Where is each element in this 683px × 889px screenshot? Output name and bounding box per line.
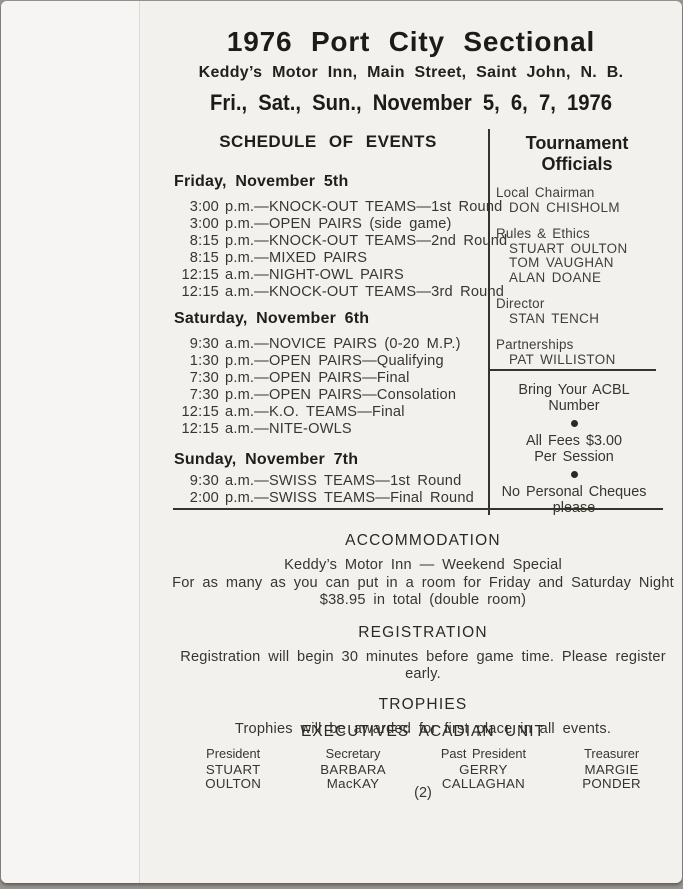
section-line: $38.95 in total (double room) <box>169 592 677 610</box>
schedule-day-saturday: Saturday, November 6th 9:30a.m.—NOVICE P… <box>172 309 484 438</box>
event-detail: a.m.—SWISS TEAMS—1st Round <box>225 473 461 490</box>
event-detail: p.m.—OPEN PAIRS—Final <box>225 370 410 387</box>
official-role: Partnerships <box>496 338 658 353</box>
schedule-event: 3:00p.m.—KNOCK-OUT TEAMS—1st Round <box>172 199 484 216</box>
page-fold-line <box>1 1 140 883</box>
official-role: Local Chairman <box>496 186 658 201</box>
executive-role: Treasurer <box>552 747 671 761</box>
page-title: 1976 Port City Sectional <box>140 27 682 57</box>
executive-role: President <box>175 747 291 761</box>
notice-line: Bring Your ACBL <box>490 382 658 398</box>
event-time: 7:30 <box>172 370 219 387</box>
notice-line: All Fees $3.00 <box>490 433 658 449</box>
schedule-event: 8:15p.m.—KNOCK-OUT TEAMS—2nd Round <box>172 233 484 250</box>
officials-bottom-rule <box>490 369 656 371</box>
dates-line: Fri., Sat., Sun., November 5, 6, 7, 1976 <box>162 90 661 116</box>
section-heading: ACCOMMODATION <box>169 532 677 550</box>
schedule-of-events-section: SCHEDULE OF EVENTS Friday, November 5th … <box>172 132 484 507</box>
notice-line: No Personal Cheques <box>490 484 658 500</box>
schedule-event: 3:00p.m.—OPEN PAIRS (side game) <box>172 216 484 233</box>
bullet-dot-icon <box>571 420 578 427</box>
official-name: STUART OULTON <box>509 242 658 257</box>
section-heading: REGISTRATION <box>169 624 677 642</box>
notices-section: Bring Your ACBL Number All Fees $3.00 Pe… <box>490 382 658 516</box>
day-heading: Friday, November 5th <box>174 172 484 191</box>
official-name: ALAN DOANE <box>509 271 658 286</box>
event-detail: a.m.—KNOCK-OUT TEAMS—3rd Round <box>225 284 504 301</box>
official-role: Director <box>496 297 658 312</box>
schedule-event: 2:00p.m.—SWISS TEAMS—Final Round <box>172 490 484 507</box>
official-group-partnerships: Partnerships PAT WILLISTON <box>496 338 658 367</box>
executives-section: EXECUTIVES ACADIAN UNIT President STUART… <box>169 713 677 791</box>
schedule-bottom-rule <box>173 508 663 510</box>
event-detail: a.m.—NOVICE PAIRS (0-20 M.P.) <box>225 336 461 353</box>
schedule-event: 7:30p.m.—OPEN PAIRS—Final <box>172 370 484 387</box>
executive-role: Secretary <box>291 747 414 761</box>
executive-role: Past President <box>415 747 552 761</box>
executives-heading: EXECUTIVES ACADIAN UNIT <box>169 723 677 741</box>
notice-line: Number <box>490 398 658 414</box>
official-name: TOM VAUGHAN <box>509 256 658 271</box>
official-group-director: Director STAN TENCH <box>496 297 658 326</box>
masthead: 1976 Port City Sectional Keddy’s Motor I… <box>140 27 682 116</box>
officials-heading: Tournament Officials <box>496 133 658 175</box>
section-line: For as many as you can put in a room for… <box>169 575 677 593</box>
official-role: Rules & Ethics <box>496 227 658 242</box>
event-time: 7:30 <box>172 387 219 404</box>
event-time: 3:00 <box>172 216 219 233</box>
notice-cheques: No Personal Cheques please <box>490 484 658 516</box>
event-detail: p.m.—SWISS TEAMS—Final Round <box>225 490 474 507</box>
event-detail: a.m.—NIGHT-OWL PAIRS <box>225 267 404 284</box>
event-time: 12:15 <box>172 404 219 421</box>
venue-line: Keddy’s Motor Inn, Main Street, Saint Jo… <box>140 63 682 82</box>
bullet-dot-icon <box>571 471 578 478</box>
event-time: 3:00 <box>172 199 219 216</box>
event-time: 12:15 <box>172 421 219 438</box>
officials-heading-line1: Tournament <box>496 133 658 154</box>
event-detail: p.m.—MIXED PAIRS <box>225 250 367 267</box>
scanned-flyer-page: 1976 Port City Sectional Keddy’s Motor I… <box>1 1 682 883</box>
day-heading: Saturday, November 6th <box>174 309 484 328</box>
schedule-day-sunday: Sunday, November 7th 9:30a.m.—SWISS TEAM… <box>172 450 484 507</box>
event-time: 9:30 <box>172 336 219 353</box>
section-line: Registration will begin 30 minutes befor… <box>169 649 677 684</box>
event-detail: p.m.—OPEN PAIRS—Qualifying <box>225 353 444 370</box>
official-name: DON CHISHOLM <box>509 201 658 216</box>
officials-groups: Local Chairman DON CHISHOLM Rules & Ethi… <box>496 186 658 367</box>
section-line: Keddy’s Motor Inn — Weekend Special <box>169 557 677 575</box>
accommodation-section: ACCOMMODATION Keddy’s Motor Inn — Weeken… <box>169 532 677 610</box>
event-time: 9:30 <box>172 473 219 490</box>
schedule-event: 8:15p.m.—MIXED PAIRS <box>172 250 484 267</box>
event-time: 1:30 <box>172 353 219 370</box>
schedule-event: 12:15a.m.—KNOCK-OUT TEAMS—3rd Round <box>172 284 484 301</box>
page-number: (2) <box>169 785 677 801</box>
info-sections: ACCOMMODATION Keddy’s Motor Inn — Weeken… <box>169 525 677 738</box>
section-heading: TROPHIES <box>169 696 677 714</box>
event-detail: p.m.—KNOCK-OUT TEAMS—2nd Round <box>225 233 507 250</box>
event-time: 8:15 <box>172 233 219 250</box>
day-heading: Sunday, November 7th <box>174 450 484 469</box>
event-time: 2:00 <box>172 490 219 507</box>
event-time: 12:15 <box>172 267 219 284</box>
official-name: PAT WILLISTON <box>509 353 658 368</box>
official-group-local-chairman: Local Chairman DON CHISHOLM <box>496 186 658 215</box>
event-time: 12:15 <box>172 284 219 301</box>
schedule-event: 12:15a.m.—NITE-OWLS <box>172 421 484 438</box>
event-list: 3:00p.m.—KNOCK-OUT TEAMS—1st Round 3:00p… <box>172 199 484 301</box>
schedule-event: 12:15a.m.—K.O. TEAMS—Final <box>172 404 484 421</box>
official-group-rules-ethics: Rules & Ethics STUART OULTON TOM VAUGHAN… <box>496 227 658 285</box>
event-list: 9:30a.m.—NOVICE PAIRS (0-20 M.P.) 1:30p.… <box>172 336 484 438</box>
event-detail: p.m.—KNOCK-OUT TEAMS—1st Round <box>225 199 502 216</box>
official-name: STAN TENCH <box>509 312 658 327</box>
event-detail: a.m.—K.O. TEAMS—Final <box>225 404 405 421</box>
tournament-officials-section: Tournament Officials Local Chairman DON … <box>496 133 658 379</box>
schedule-heading: SCHEDULE OF EVENTS <box>172 132 484 152</box>
event-detail: p.m.—OPEN PAIRS (side game) <box>225 216 452 233</box>
schedule-event: 1:30p.m.—OPEN PAIRS—Qualifying <box>172 353 484 370</box>
schedule-event: 9:30a.m.—NOVICE PAIRS (0-20 M.P.) <box>172 336 484 353</box>
event-detail: a.m.—NITE-OWLS <box>225 421 352 438</box>
schedule-event: 7:30p.m.—OPEN PAIRS—Consolation <box>172 387 484 404</box>
event-detail: p.m.—OPEN PAIRS—Consolation <box>225 387 456 404</box>
registration-section: REGISTRATION Registration will begin 30 … <box>169 624 677 684</box>
schedule-event: 9:30a.m.—SWISS TEAMS—1st Round <box>172 473 484 490</box>
notice-fees: All Fees $3.00 Per Session <box>490 433 658 465</box>
schedule-event: 12:15a.m.—NIGHT-OWL PAIRS <box>172 267 484 284</box>
event-time: 8:15 <box>172 250 219 267</box>
officials-heading-line2: Officials <box>496 154 658 175</box>
schedule-day-friday: Friday, November 5th 3:00p.m.—KNOCK-OUT … <box>172 172 484 301</box>
notice-line: Per Session <box>490 449 658 465</box>
notice-acbl: Bring Your ACBL Number <box>490 382 658 414</box>
event-list: 9:30a.m.—SWISS TEAMS—1st Round 2:00p.m.—… <box>172 473 484 507</box>
